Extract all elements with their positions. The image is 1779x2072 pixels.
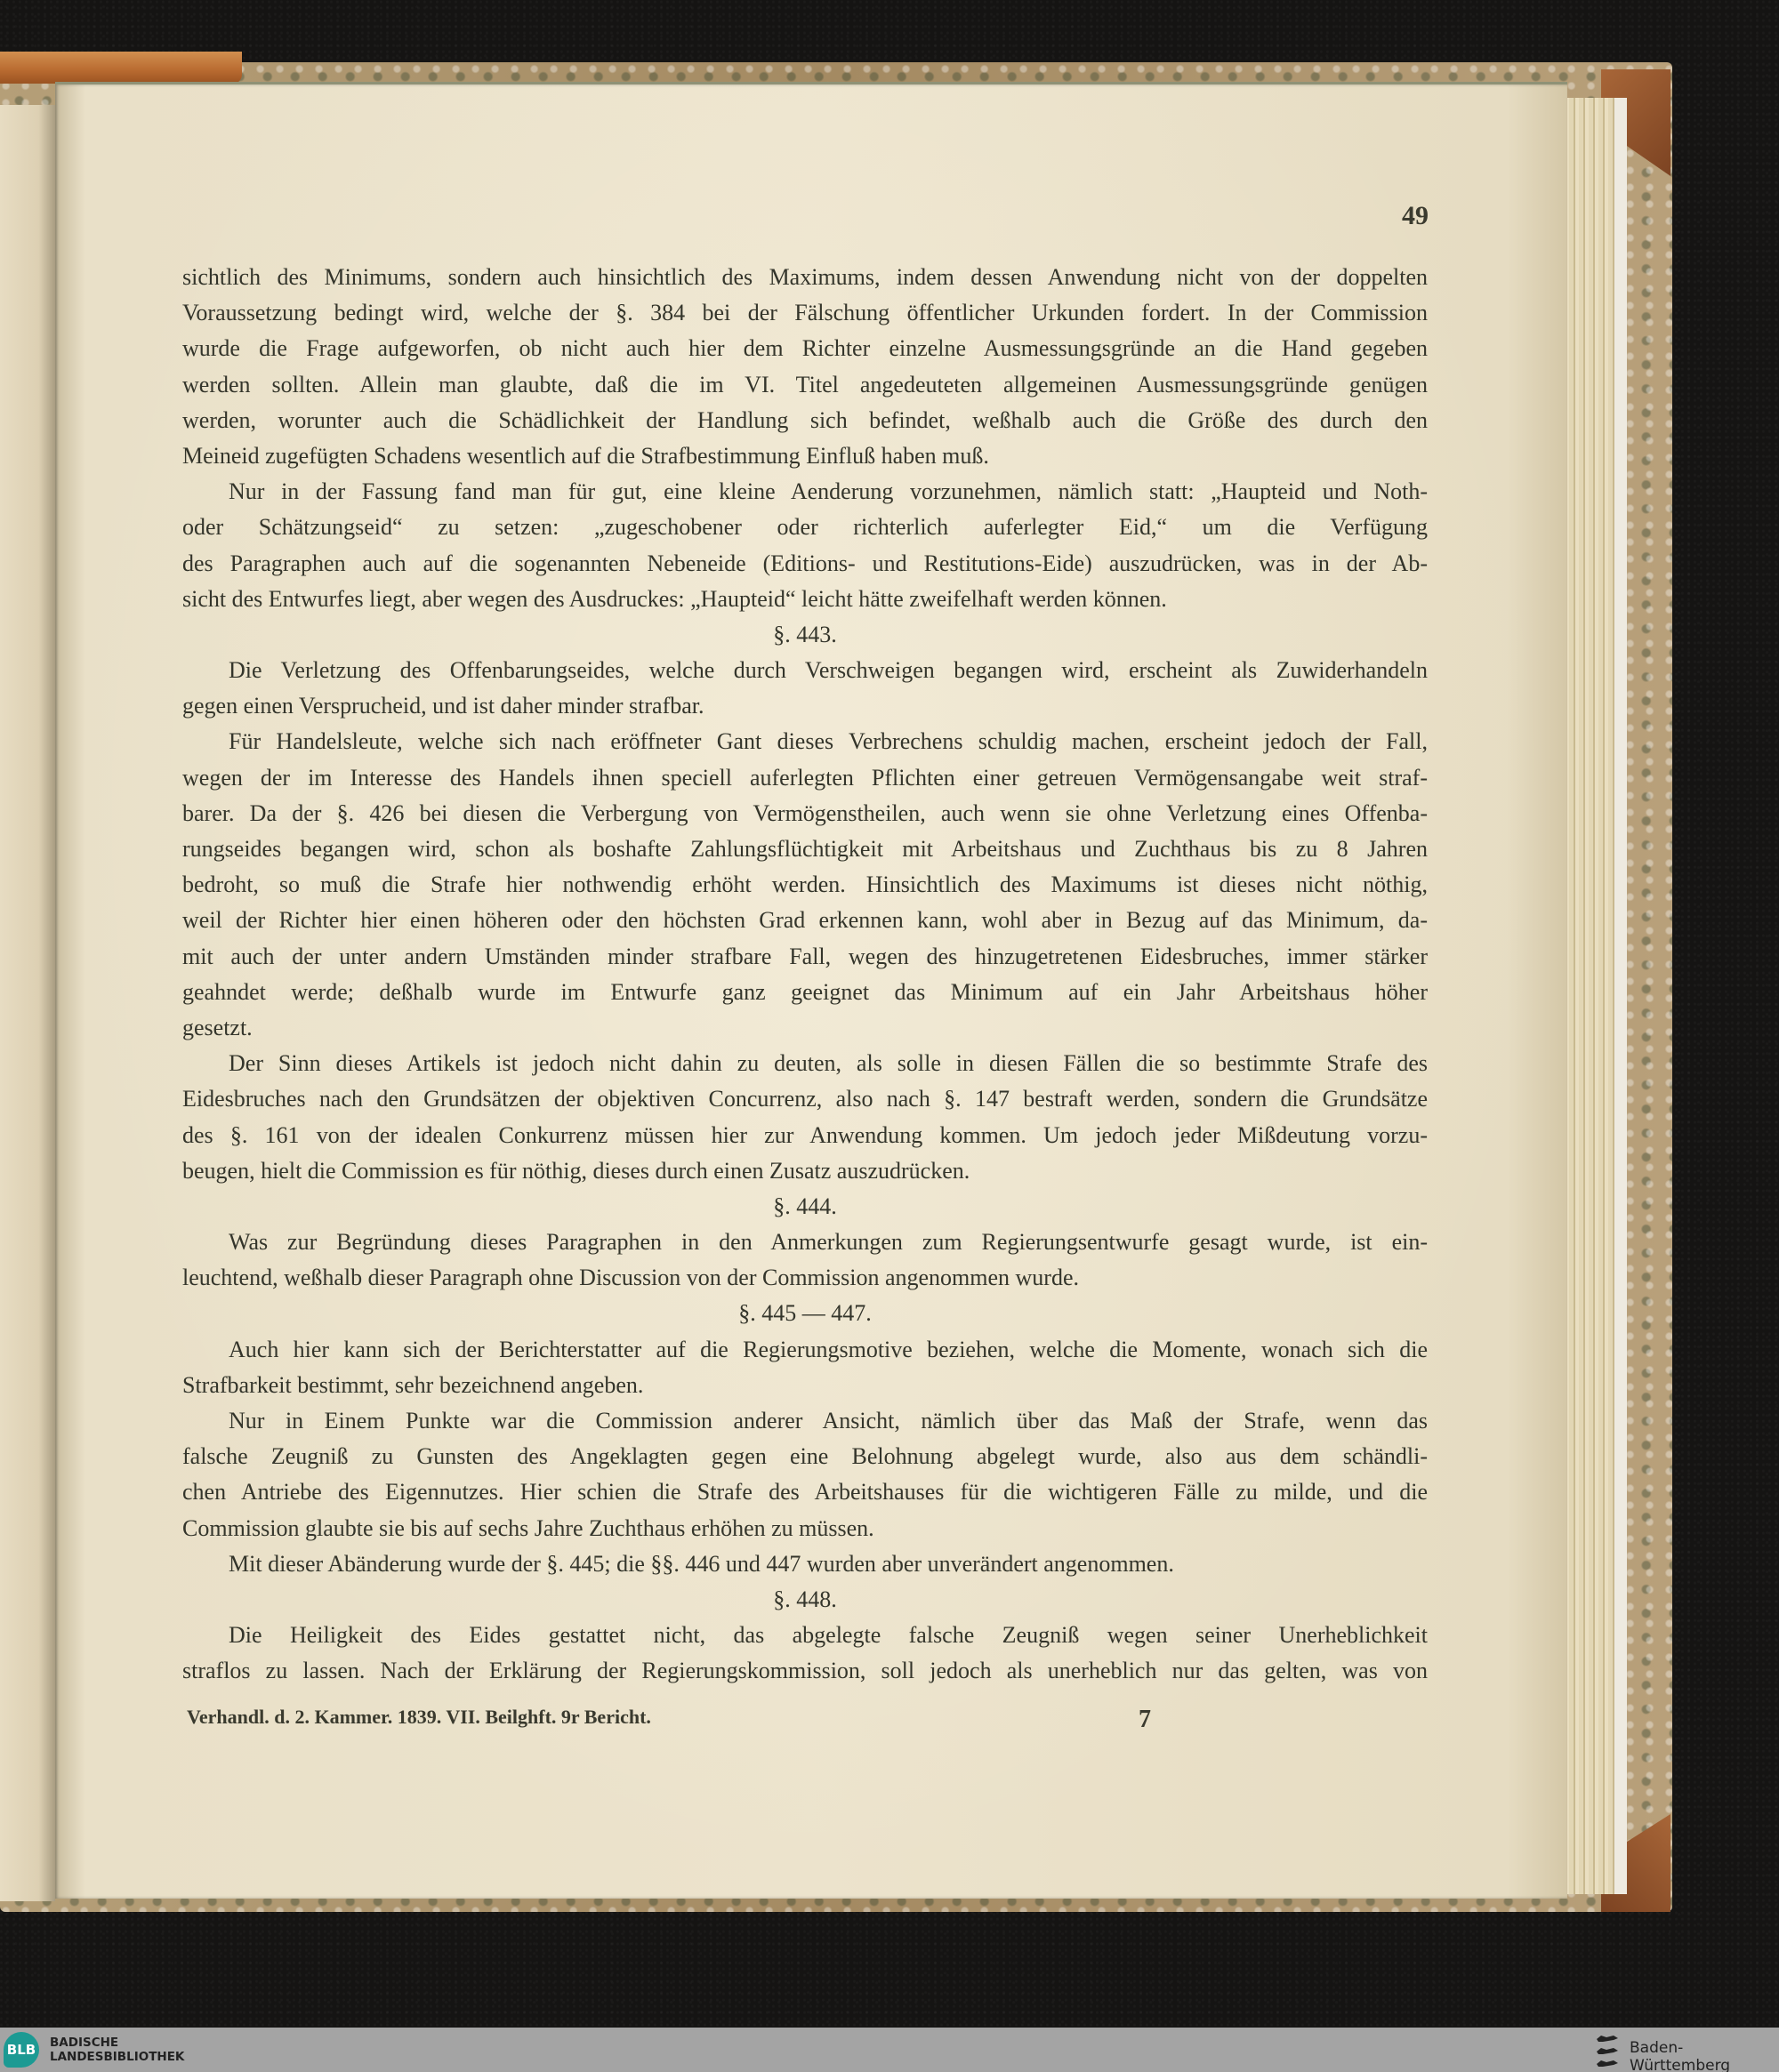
viewer-footer-banner: BLB BADISCHE LANDESBIBLIOTHEK Baden-Würt…	[0, 2028, 1779, 2072]
text-line: oder Schätzungseid“ zu setzen: „zugescho…	[182, 510, 1428, 545]
text-line: straflos zu lassen. Nach der Erklärung d…	[182, 1653, 1428, 1689]
printer-signature: Verhandl. d. 2. Kammer. 1839. VII. Beilg…	[187, 1706, 651, 1729]
text-line: gesetzt.	[182, 1010, 1428, 1046]
text-line: chen Antriebe des Eigennutzes. Hier schi…	[182, 1474, 1428, 1510]
library-name-line2: LANDESBIBLIOTHEK	[50, 2050, 184, 2064]
text-line: Mit dieser Abänderung wurde der §. 445; …	[182, 1546, 1428, 1582]
text-line: Auch hier kann sich der Berichterstatter…	[182, 1332, 1428, 1368]
text-line: Strafbarkeit bestimmt, sehr bezeichnend …	[182, 1368, 1428, 1403]
text-line: wegen der im Interesse des Handels ihnen…	[182, 760, 1428, 796]
text-line: mit auch der unter andern Umständen mind…	[182, 939, 1428, 975]
left-page-edge	[0, 105, 55, 1901]
text-line: Die Heiligkeit des Eides gestattet nicht…	[182, 1618, 1428, 1653]
section-heading-448: §. 448.	[182, 1582, 1428, 1618]
text-line: Was zur Begründung dieses Paragraphen in…	[182, 1225, 1428, 1260]
page-footer: Verhandl. d. 2. Kammer. 1839. VII. Beilg…	[187, 1706, 1254, 1741]
text-line: Meineid zugefügten Schadens wesentlich a…	[182, 438, 1428, 474]
section-heading-444: §. 444.	[182, 1189, 1428, 1225]
state-name[interactable]: Baden-Württemberg	[1630, 2039, 1779, 2072]
library-name-line1: BADISCHE	[50, 2036, 184, 2050]
sheet-number: 7	[1139, 1706, 1151, 1734]
page-number: 49	[1386, 201, 1429, 231]
text-line: Für Handelsleute, welche sich nach eröff…	[182, 724, 1428, 759]
blb-logo-icon[interactable]: BLB	[4, 2032, 39, 2068]
text-line: werden sollten. Allein man glaubte, daß …	[182, 367, 1428, 403]
section-heading-443: §. 443.	[182, 617, 1428, 653]
text-line: sichtlich des Minimums, sondern auch hin…	[182, 260, 1428, 295]
text-line: Der Sinn dieses Artikels ist jedoch nich…	[182, 1046, 1428, 1081]
text-line: Voraussetzung bedingt wird, welche der §…	[182, 295, 1428, 331]
text-line: Eidesbruches nach den Grundsätzen der ob…	[182, 1081, 1428, 1117]
text-line: werden, worunter auch die Schädlichkeit …	[182, 403, 1428, 438]
text-line: Nur in Einem Punkte war die Commission a…	[182, 1403, 1428, 1439]
text-line: leuchtend, weßhalb dieser Paragraph ohne…	[182, 1260, 1428, 1296]
text-line: des Paragraphen auch auf die sogenannten…	[182, 546, 1428, 582]
text-line: wurde die Frage aufgeworfen, ob nicht au…	[182, 331, 1428, 366]
text-line: gegen einen Versprucheid, und ist daher …	[182, 688, 1428, 724]
section-heading-445-447: §. 445 — 447.	[182, 1296, 1428, 1331]
text-line: bedroht, so muß die Strafe hier nothwend…	[182, 867, 1428, 903]
text-line: geahndet werde; deßhalb wurde im Entwurf…	[182, 975, 1428, 1010]
text-line: weil der Richter hier einen höheren oder…	[182, 903, 1428, 938]
text-line: barer. Da der §. 426 bei diesen die Verb…	[182, 796, 1428, 831]
text-line: Die Verletzung des Offenbarungseides, we…	[182, 653, 1428, 688]
text-line: sicht des Entwurfes liegt, aber wegen de…	[182, 582, 1428, 617]
text-line: Commission glaubte sie bis auf sechs Jah…	[182, 1511, 1428, 1546]
text-line: rungseides begangen wird, schon als bosh…	[182, 831, 1428, 867]
text-line: falsche Zeugniß zu Gunsten des Angeklagt…	[182, 1439, 1428, 1474]
text-line: beugen, hielt die Commission es für nöth…	[182, 1153, 1428, 1189]
leather-spine	[0, 52, 242, 84]
page-text: sichtlich des Minimums, sondern auch hin…	[182, 260, 1428, 1690]
text-line: des §. 161 von der idealen Conkurrenz mü…	[182, 1118, 1428, 1153]
baden-wuerttemberg-lions-icon[interactable]	[1594, 2031, 1621, 2068]
library-name[interactable]: BADISCHE LANDESBIBLIOTHEK	[50, 2036, 184, 2064]
text-line: Nur in der Fassung fand man für gut, ein…	[182, 474, 1428, 510]
